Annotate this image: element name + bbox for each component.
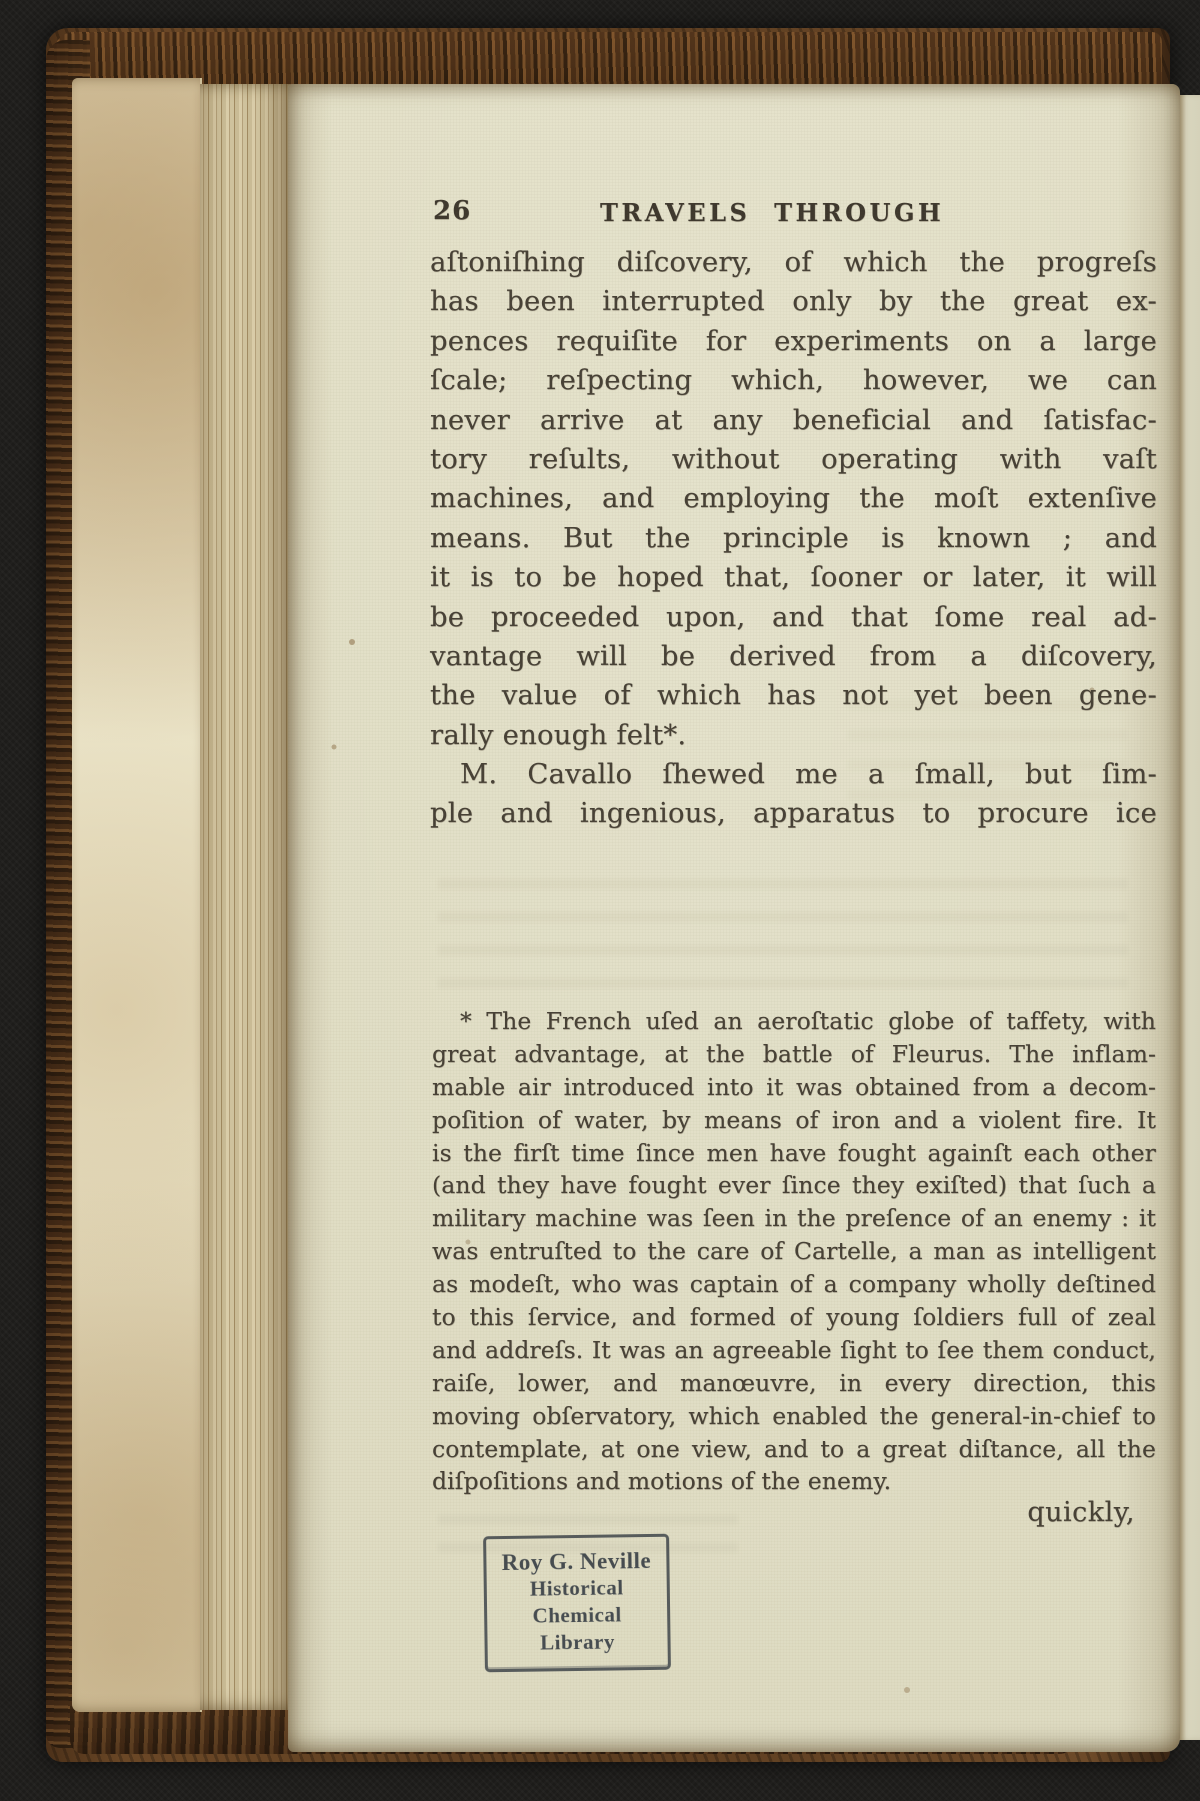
ink-showthrough [438,870,1128,988]
foxing-specks [288,84,292,88]
footnote-line: to this ſervice, and formed of young ſol… [432,1301,1156,1334]
footnote-line: raiſe, lower, and manœuvre, in every dir… [432,1367,1156,1400]
flyleaf-page [72,78,202,1712]
body-line: has been interrupted only by the great e… [430,282,1157,321]
footnote-line-start: * The French uſed an aeroſtatic globe of… [432,1005,1156,1038]
footnote-line: military machine was ſeen in the preſenc… [432,1202,1156,1235]
body-line: vantage will be derived from a diſcovery… [430,637,1157,676]
library-ownership-stamp: Roy G. Neville Historical Chemical Libra… [483,1534,671,1673]
body-text: aſtoniſhing diſcovery, of which the prog… [430,243,1157,834]
body-line-paragraph-end: rally enough felt*. [430,716,1157,755]
page-fore-edge-stack [200,84,290,1710]
body-line-paragraph-start: M. Cavallo ſhewed me a ſmall, but ſim- [430,755,1157,794]
stamp-line-owner: Roy G. Neville [486,1548,666,1577]
book-page: 26 TRAVELS THROUGH aſtoniſhing diſcovery… [288,84,1180,1752]
footnote-line: great advantage, at the battle of Fleuru… [432,1038,1156,1071]
body-line: ſcale; reſpecting which, however, we can [430,361,1157,400]
body-line: be proceeded upon, and that ſome real ad… [430,598,1157,637]
stamp-line: Historical [487,1574,667,1604]
body-line: aſtoniſhing diſcovery, of which the prog… [430,243,1157,282]
footnote-line: is the firſt time ſince men have fought … [432,1137,1156,1170]
catchword: quickly, [1027,1497,1135,1528]
leather-embossed-top-edge [54,32,1162,84]
right-page-edge [1177,95,1200,1740]
footnote-line: (and they have fought ever ſince they ex… [432,1169,1156,1202]
footnote-line: mable air introduced into it was obtaine… [432,1071,1156,1104]
footnote-line: and addreſs. It was an agreeable ſight t… [432,1334,1156,1367]
footnote-line: poſition of water, by means of iron and … [432,1104,1156,1137]
stamp-line: Chemical [487,1601,667,1631]
footnote-line: as modeſt, who was captain of a company … [432,1268,1156,1301]
body-line: ple and ingenious, apparatus to procure … [430,794,1157,833]
body-line: pences requiſite for experiments on a la… [430,322,1157,361]
scanned-book-photo: { "colors": { "background_cloth": "#1d1c… [0,0,1200,1801]
footnote-line: contemplate, at one view, and to a great… [432,1433,1156,1466]
stamp-line: Library [487,1628,667,1658]
body-line: the value of which has not yet been gene… [430,676,1157,715]
footnote-text: * The French uſed an aeroſtatic globe of… [432,1005,1156,1498]
running-title: TRAVELS THROUGH [600,198,944,227]
footnote-line: was entruſted to the care of Cartelle, a… [432,1235,1156,1268]
body-line: never arrive at any beneficial and ſatis… [430,401,1157,440]
footnote-line-end: diſpoſitions and motions of the enemy. [432,1465,1156,1498]
body-line: it is to be hoped that, ſooner or later,… [430,558,1157,597]
body-line: tory reſults, without operating with vaſ… [430,440,1157,479]
body-line: machines, and employing the moſt extenſi… [430,479,1157,518]
body-line: means. But the principle is known ; and [430,519,1157,558]
page-number: 26 [433,196,471,226]
footnote-line: moving obſervatory, which enabled the ge… [432,1400,1156,1433]
